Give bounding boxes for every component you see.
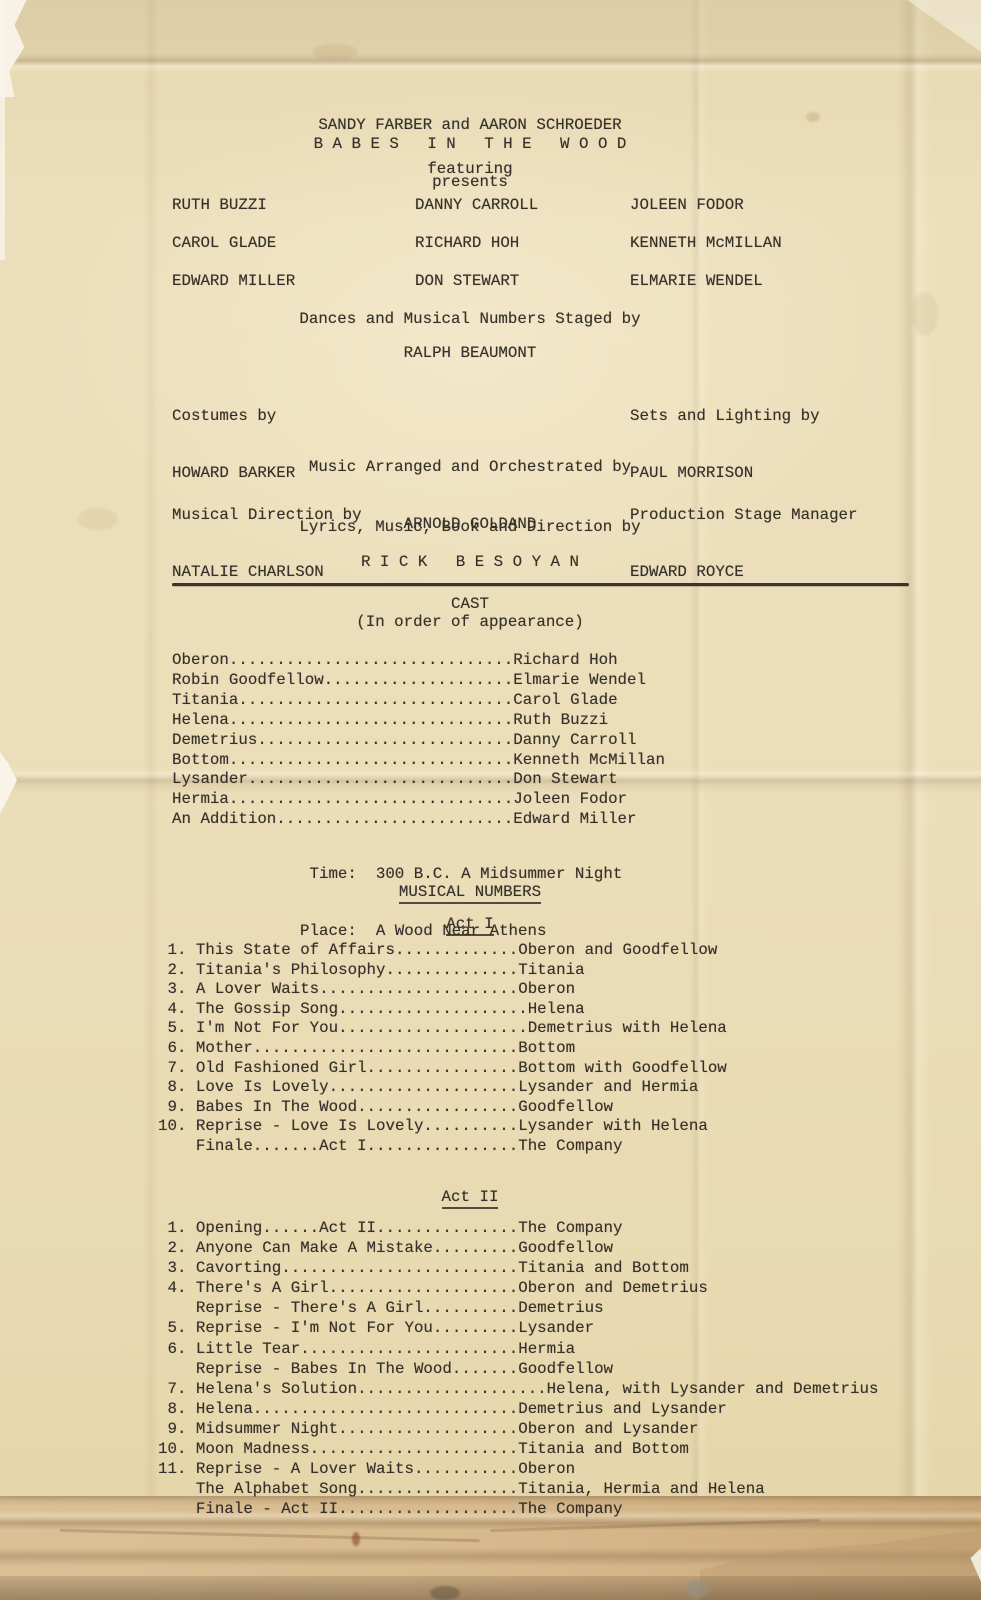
act-heading: Act II bbox=[0, 1188, 940, 1206]
song-row: 2. Anyone Can Make A Mistake.........Goo… bbox=[158, 1238, 878, 1258]
song-row: 8. Love Is Lovely....................Lys… bbox=[158, 1078, 727, 1098]
song-row: 4. The Gossip Song....................He… bbox=[158, 1000, 727, 1020]
song-row: Finale - Act II...................The Co… bbox=[158, 1499, 878, 1519]
song-row: 4. There's A Girl....................Obe… bbox=[158, 1278, 878, 1298]
act-title: Act II bbox=[442, 1188, 499, 1209]
cast-row: Robin Goodfellow....................Elma… bbox=[172, 671, 665, 691]
stain bbox=[312, 44, 358, 60]
song-row: 3. Cavorting.........................Tit… bbox=[158, 1258, 878, 1278]
song-row: Reprise - Babes In The Wood.......Goodfe… bbox=[158, 1359, 878, 1379]
musical-numbers-heading: MUSICAL NUMBERS bbox=[0, 883, 940, 901]
song-row: Finale.......Act I................The Co… bbox=[158, 1137, 727, 1157]
song-row: Reprise - There's A Girl..........Demetr… bbox=[158, 1298, 878, 1318]
cast-row: Titania.............................Caro… bbox=[172, 691, 665, 711]
cast-row: Hermia..............................Jole… bbox=[172, 790, 665, 810]
featured-name: JOLEEN FODOR bbox=[630, 196, 782, 234]
song-row: 3. A Lover Waits.....................Obe… bbox=[158, 980, 727, 1000]
act-title: Act I bbox=[446, 915, 493, 936]
cast-row: Bottom..............................Kenn… bbox=[172, 751, 665, 771]
cast-row: Oberon..............................Rich… bbox=[172, 651, 665, 671]
song-row: 1. Opening......Act II...............The… bbox=[158, 1218, 878, 1238]
song-row: 8. Helena............................Dem… bbox=[158, 1399, 878, 1419]
featured-name: KENNETH McMILLAN bbox=[630, 234, 782, 272]
book-name: R I C K B E S O Y A N bbox=[0, 553, 940, 571]
ink-smudge bbox=[686, 1580, 710, 1598]
featured-name: RICHARD HOH bbox=[415, 234, 630, 272]
paper-tear-left-middle bbox=[0, 752, 17, 814]
divider-rule bbox=[172, 583, 909, 586]
featured-name: EDWARD MILLER bbox=[172, 272, 415, 310]
featured-name: DON STEWART bbox=[415, 272, 630, 310]
song-row: 9. Midsummer Night...................Obe… bbox=[158, 1419, 878, 1439]
show-title: B A B E S I N T H E W O O D bbox=[0, 135, 940, 153]
book-label: Lyrics, Music, Book and Direction by bbox=[0, 518, 940, 536]
song-row: The Alphabet Song.................Titani… bbox=[158, 1479, 878, 1499]
cast-subheading: (In order of appearance) bbox=[0, 613, 940, 631]
song-list-act-1: 1. This State of Affairs.............Obe… bbox=[158, 941, 727, 1157]
song-row: 10. Reprise - Love Is Lovely..........Ly… bbox=[158, 1117, 727, 1137]
staged-by-name: RALPH BEAUMONT bbox=[0, 344, 940, 362]
paper-corner-top-right bbox=[891, 0, 981, 52]
program-page: SANDY FARBER and AARON SCHROEDER present… bbox=[0, 0, 981, 1600]
song-row: 6. Little Tear.......................Her… bbox=[158, 1339, 878, 1359]
featured-name: DANNY CARROLL bbox=[415, 196, 630, 234]
featured-name: ELMARIE WENDEL bbox=[630, 272, 782, 310]
featured-names-grid: RUTH BUZZIDANNY CARROLLJOLEEN FODORCAROL… bbox=[172, 196, 782, 310]
song-row: 5. I'm Not For You....................De… bbox=[158, 1019, 727, 1039]
cast-row: Demetrius...........................Dann… bbox=[172, 731, 665, 751]
featuring-line: featuring bbox=[0, 160, 940, 178]
cast-row: Lysander............................Don … bbox=[172, 770, 665, 790]
song-row: 6. Mother............................Bot… bbox=[158, 1039, 727, 1059]
paper-notch-bottom-right bbox=[967, 1548, 981, 1582]
song-row: 5. Reprise - I'm Not For You.........Lys… bbox=[158, 1318, 878, 1338]
cast-row: Helena..............................Ruth… bbox=[172, 711, 665, 731]
producer-line: SANDY FARBER and AARON SCHROEDER bbox=[0, 116, 940, 135]
wrinkle-crease bbox=[490, 1519, 820, 1532]
ink-smudge bbox=[430, 1586, 460, 1600]
song-row: 2. Titania's Philosophy..............Tit… bbox=[158, 961, 727, 981]
song-row: 7. Helena's Solution....................… bbox=[158, 1379, 878, 1399]
song-row: 11. Reprise - A Lover Waits...........Ob… bbox=[158, 1459, 878, 1479]
ink-smudge bbox=[352, 1532, 360, 1546]
wrinkle-crease bbox=[60, 1529, 480, 1542]
song-row: 7. Old Fashioned Girl................Bot… bbox=[158, 1059, 727, 1079]
cast-list: Oberon..............................Rich… bbox=[172, 651, 665, 830]
song-row: 9. Babes In The Wood.................Goo… bbox=[158, 1098, 727, 1118]
featured-name: RUTH BUZZI bbox=[172, 196, 415, 234]
bottom-edge-shadow bbox=[0, 1576, 981, 1600]
song-list-act-2: 1. Opening......Act II...............The… bbox=[158, 1218, 878, 1519]
featured-name: CAROL GLADE bbox=[172, 234, 415, 272]
act-heading: Act I bbox=[0, 915, 940, 933]
song-row: 10. Moon Madness......................Ti… bbox=[158, 1439, 878, 1459]
staged-by-label: Dances and Musical Numbers Staged by bbox=[0, 310, 940, 328]
cast-heading: CAST bbox=[0, 595, 940, 613]
setting-time-line: Time: 300 B.C. A Midsummer Night bbox=[300, 865, 622, 884]
song-row: 1. This State of Affairs.............Obe… bbox=[158, 941, 727, 961]
bottom-torn-flap bbox=[700, 1520, 981, 1600]
